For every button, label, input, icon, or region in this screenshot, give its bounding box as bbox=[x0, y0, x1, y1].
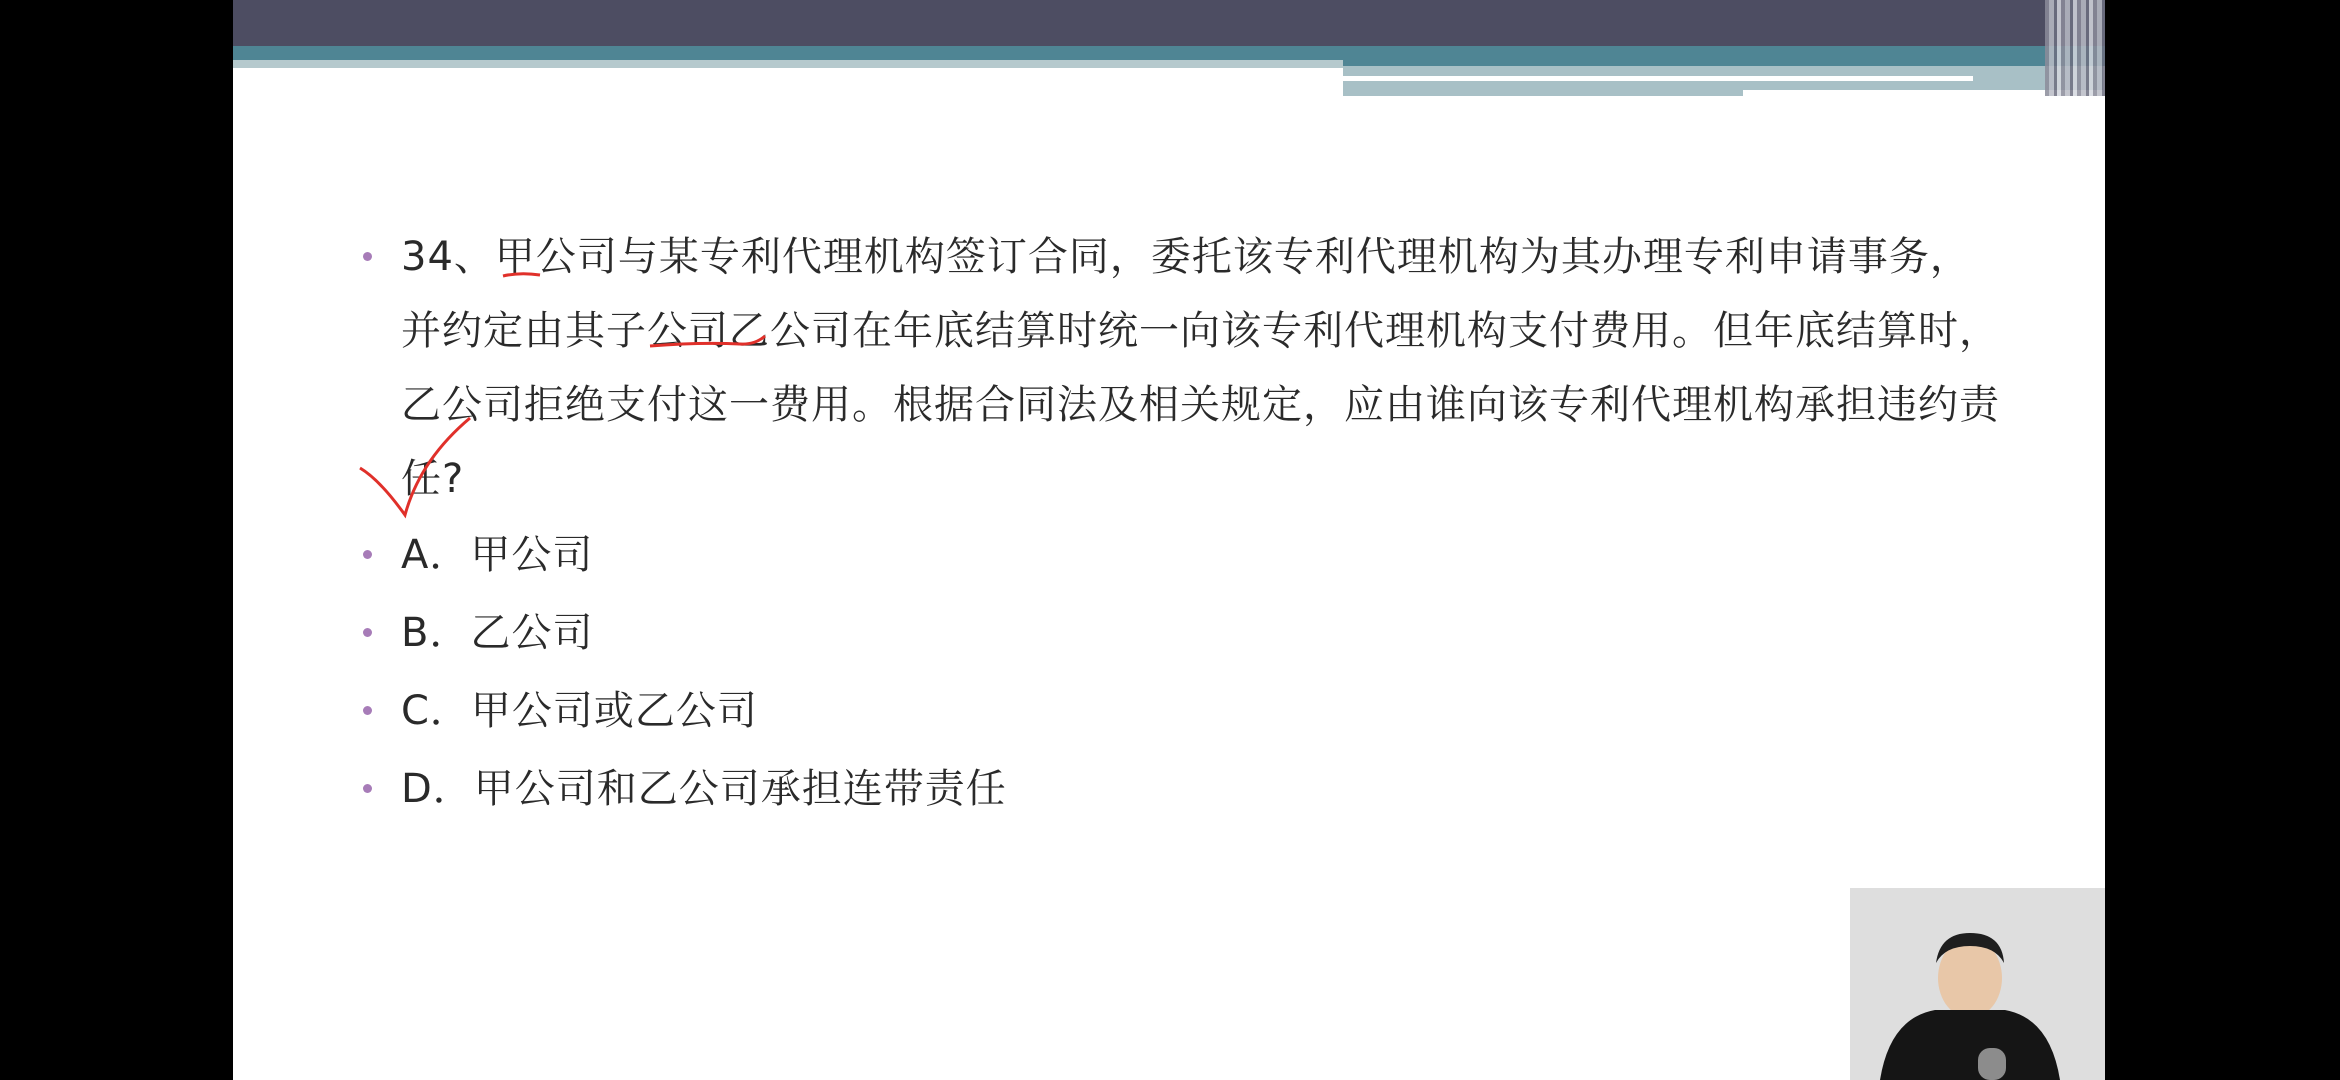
option-b: B．乙公司 bbox=[363, 594, 2003, 672]
question-body: 甲公司与某专利代理机构签订合同，委托该专利代理机构为其办理专利申请事务，并约定由… bbox=[401, 234, 2000, 502]
bullet-icon bbox=[363, 628, 372, 637]
bullet-icon bbox=[363, 550, 372, 559]
presentation-slide: 34、甲公司与某专利代理机构签订合同，委托该专利代理机构为其办理专利申请事务，并… bbox=[233, 0, 2105, 1080]
header-band-dark bbox=[233, 0, 2105, 46]
header-band-light bbox=[233, 60, 1343, 68]
option-label: D．甲公司和乙公司承担连带责任 bbox=[401, 766, 1007, 812]
bullet-icon bbox=[363, 784, 372, 793]
presenter-video bbox=[1850, 888, 2105, 1080]
slide-content: 34、甲公司与某专利代理机构签订合同，委托该专利代理机构为其办理专利申请事务，并… bbox=[363, 220, 2003, 828]
option-label: A．甲公司 bbox=[401, 532, 593, 578]
webcam-overlay bbox=[1850, 888, 2105, 1080]
option-label: C．甲公司或乙公司 bbox=[401, 688, 758, 734]
option-a: A．甲公司 bbox=[363, 516, 2003, 594]
bullet-icon bbox=[363, 252, 372, 261]
header-edge-stripes bbox=[2045, 0, 2105, 96]
option-d: D．甲公司和乙公司承担连带责任 bbox=[363, 750, 2003, 828]
bullet-icon bbox=[363, 706, 372, 715]
question-number: 34、 bbox=[401, 234, 495, 280]
question-text: 34、甲公司与某专利代理机构签订合同，委托该专利代理机构为其办理专利申请事务，并… bbox=[363, 220, 2003, 516]
option-label: B．乙公司 bbox=[401, 610, 593, 656]
option-c: C．甲公司或乙公司 bbox=[363, 672, 2003, 750]
header-white-line bbox=[1343, 76, 1973, 81]
